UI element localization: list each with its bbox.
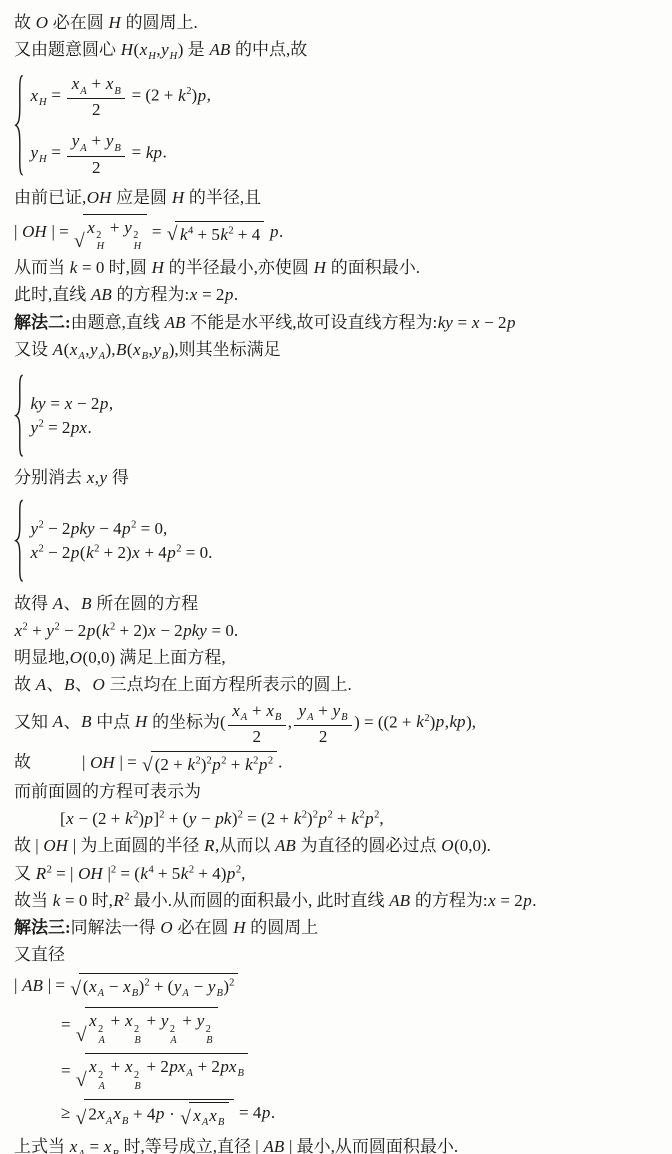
- text-line: 由前已证,OH 应是圆 H 的半径,且: [14, 187, 662, 209]
- text-line: 故得 A、B 所在圆的方程: [14, 593, 662, 615]
- equation-system: ky = x − 2p,y2 = 2px.: [14, 374, 113, 457]
- system-rows: xH = xA + xB2 = (2 + k2)p,yH = yA + yB2 …: [30, 74, 211, 176]
- text-line: 故当 k = 0 时,R2 最小.从而圆的面积最小, 此时直线 AB 的方程为:…: [14, 890, 662, 912]
- sqrt-radical: √x2A + x2B + 2pxA + 2pxB: [76, 1053, 249, 1092]
- sqrt-radical: √(2 + k2)2p2 + k2p2: [142, 751, 277, 776]
- stacked-scripts: 2A: [98, 1024, 105, 1046]
- system-rows: ky = x − 2p,y2 = 2px.: [30, 393, 113, 439]
- text-line: 又直径: [14, 944, 662, 966]
- sqrt-radical: √x2H + y2H: [74, 214, 147, 253]
- sqrt-radical: √k4 + 5k2 + 4: [167, 221, 265, 246]
- radical-sign: √: [180, 1109, 191, 1129]
- text-line: 解法二:由题意,直线 AB 不能是水平线,故可设直线方程为:ky = x − 2…: [14, 312, 662, 334]
- equation-system: xH = xA + xB2 = (2 + k2)p,yH = yA + yB2 …: [14, 74, 211, 176]
- fraction: yA + yB2: [294, 701, 352, 746]
- stacked-scripts: 2B: [134, 1070, 141, 1092]
- text-line: 又设 A(xA,yA),B(xB,yB),则其坐标满足: [14, 339, 662, 364]
- left-brace: [14, 374, 24, 457]
- fraction: yA + yB2: [67, 131, 125, 176]
- system-row: yH = yA + yB2 = kp.: [30, 131, 211, 176]
- radical-sign: √: [142, 756, 153, 776]
- sqrt-radical: √(xA − xB)2 + (yA − yB)2: [70, 973, 238, 1001]
- equation-line: ≥ √2xAxB + 4p · √xAxB = 4p.: [61, 1099, 662, 1130]
- left-brace: [14, 74, 24, 176]
- text-line: 而前面圆的方程可表示为: [14, 781, 662, 803]
- text-line: 故 A、B、O 三点均在上面方程所表示的圆上.: [14, 674, 662, 696]
- system-row: x2 − 2p(k2 + 2)x + 4p2 = 0.: [30, 542, 212, 563]
- text-line: 又由题意圆心 H(xH,yH) 是 AB 的中点,故: [14, 39, 662, 64]
- equation-line: x2 + y2 − 2p(k2 + 2)x − 2pky = 0.: [14, 620, 662, 642]
- stacked-scripts: 2H: [133, 230, 141, 252]
- document-lines: 故 O 必在圆 H 的圆周上.又由题意圆心 H(xH,yH) 是 AB 的中点,…: [14, 12, 662, 1154]
- stacked-scripts: 2A: [170, 1024, 177, 1046]
- stacked-scripts: 2B: [206, 1024, 213, 1046]
- text-line: 分别消去 x,y 得: [14, 467, 662, 489]
- radical-sign: √: [76, 1026, 87, 1046]
- stacked-scripts: 2A: [98, 1070, 105, 1092]
- text-line: 故 | OH | 为上面圆的半径 R,从而以 AB 为直径的圆必过点 O(0,0…: [14, 835, 662, 857]
- fraction: xA + xB2: [228, 701, 286, 746]
- equation-line: [x − (2 + k2)p]2 + (y − pk)2 = (2 + k2)2…: [60, 808, 662, 830]
- text-line: 明显地,O(0,0) 满足上面方程,: [14, 647, 662, 669]
- system-row: y2 = 2px.: [30, 417, 113, 438]
- aligned-equations: | AB | = √(xA − xB)2 + (yA − yB)2= √x2A …: [14, 973, 662, 1129]
- equation-line: | AB | = √(xA − xB)2 + (yA − yB)2: [14, 973, 662, 1001]
- text-line: 又知 A、B 中点 H 的坐标为(xA + xB2,yA + yB2) = ((…: [14, 701, 662, 746]
- text-line: 上式当 xA = xB 时,等号成立,直径 | AB | 最小,从而圆面积最小.: [14, 1136, 662, 1154]
- left-brace: [14, 499, 24, 582]
- fraction: xA + xB2: [67, 74, 125, 119]
- system-rows: y2 − 2pky − 4p2 = 0,x2 − 2p(k2 + 2)x + 4…: [30, 518, 212, 564]
- radical-sign: √: [74, 232, 85, 252]
- sqrt-radical: √2xAxB + 4p · √xAxB: [76, 1099, 234, 1130]
- text-line: 此时,直线 AB 的方程为:x = 2p.: [14, 284, 662, 306]
- system-row: xH = xA + xB2 = (2 + k2)p,: [30, 74, 211, 119]
- equation-system: y2 − 2pky − 4p2 = 0,x2 − 2p(k2 + 2)x + 4…: [14, 499, 212, 582]
- sqrt-radical: √xAxB: [180, 1102, 229, 1130]
- sqrt-radical: √x2A + x2B + y2A + y2B: [76, 1007, 218, 1046]
- radical-sign: √: [76, 1109, 87, 1129]
- equation-line: 故 | OH | = √(2 + k2)2p2 + k2p2.: [14, 751, 662, 776]
- stacked-scripts: 2H: [96, 230, 104, 252]
- stacked-scripts: 2B: [134, 1024, 141, 1046]
- radical-sign: √: [167, 225, 178, 245]
- system-row: ky = x − 2p,: [30, 393, 113, 414]
- equation-line: | OH | = √x2H + y2H = √k4 + 5k2 + 4 p.: [14, 214, 662, 253]
- radical-sign: √: [76, 1071, 87, 1091]
- text-line: 又 R2 = | OH |2 = (k4 + 5k2 + 4)p2,: [14, 863, 662, 885]
- equation-line: = √x2A + x2B + y2A + y2B: [61, 1007, 662, 1046]
- equation-line: = √x2A + x2B + 2pxA + 2pxB: [61, 1053, 662, 1092]
- radical-sign: √: [70, 980, 81, 1000]
- text-line: 故 O 必在圆 H 的圆周上.: [14, 12, 662, 34]
- text-line: 解法三:同解法一得 O 必在圆 H 的圆周上: [14, 917, 662, 939]
- math-solution-document: 故 O 必在圆 H 的圆周上.又由题意圆心 H(xH,yH) 是 AB 的中点,…: [0, 0, 672, 1154]
- text-line: 从而当 k = 0 时,圆 H 的半径最小,亦使圆 H 的面积最小.: [14, 257, 662, 279]
- system-row: y2 − 2pky − 4p2 = 0,: [30, 518, 212, 539]
